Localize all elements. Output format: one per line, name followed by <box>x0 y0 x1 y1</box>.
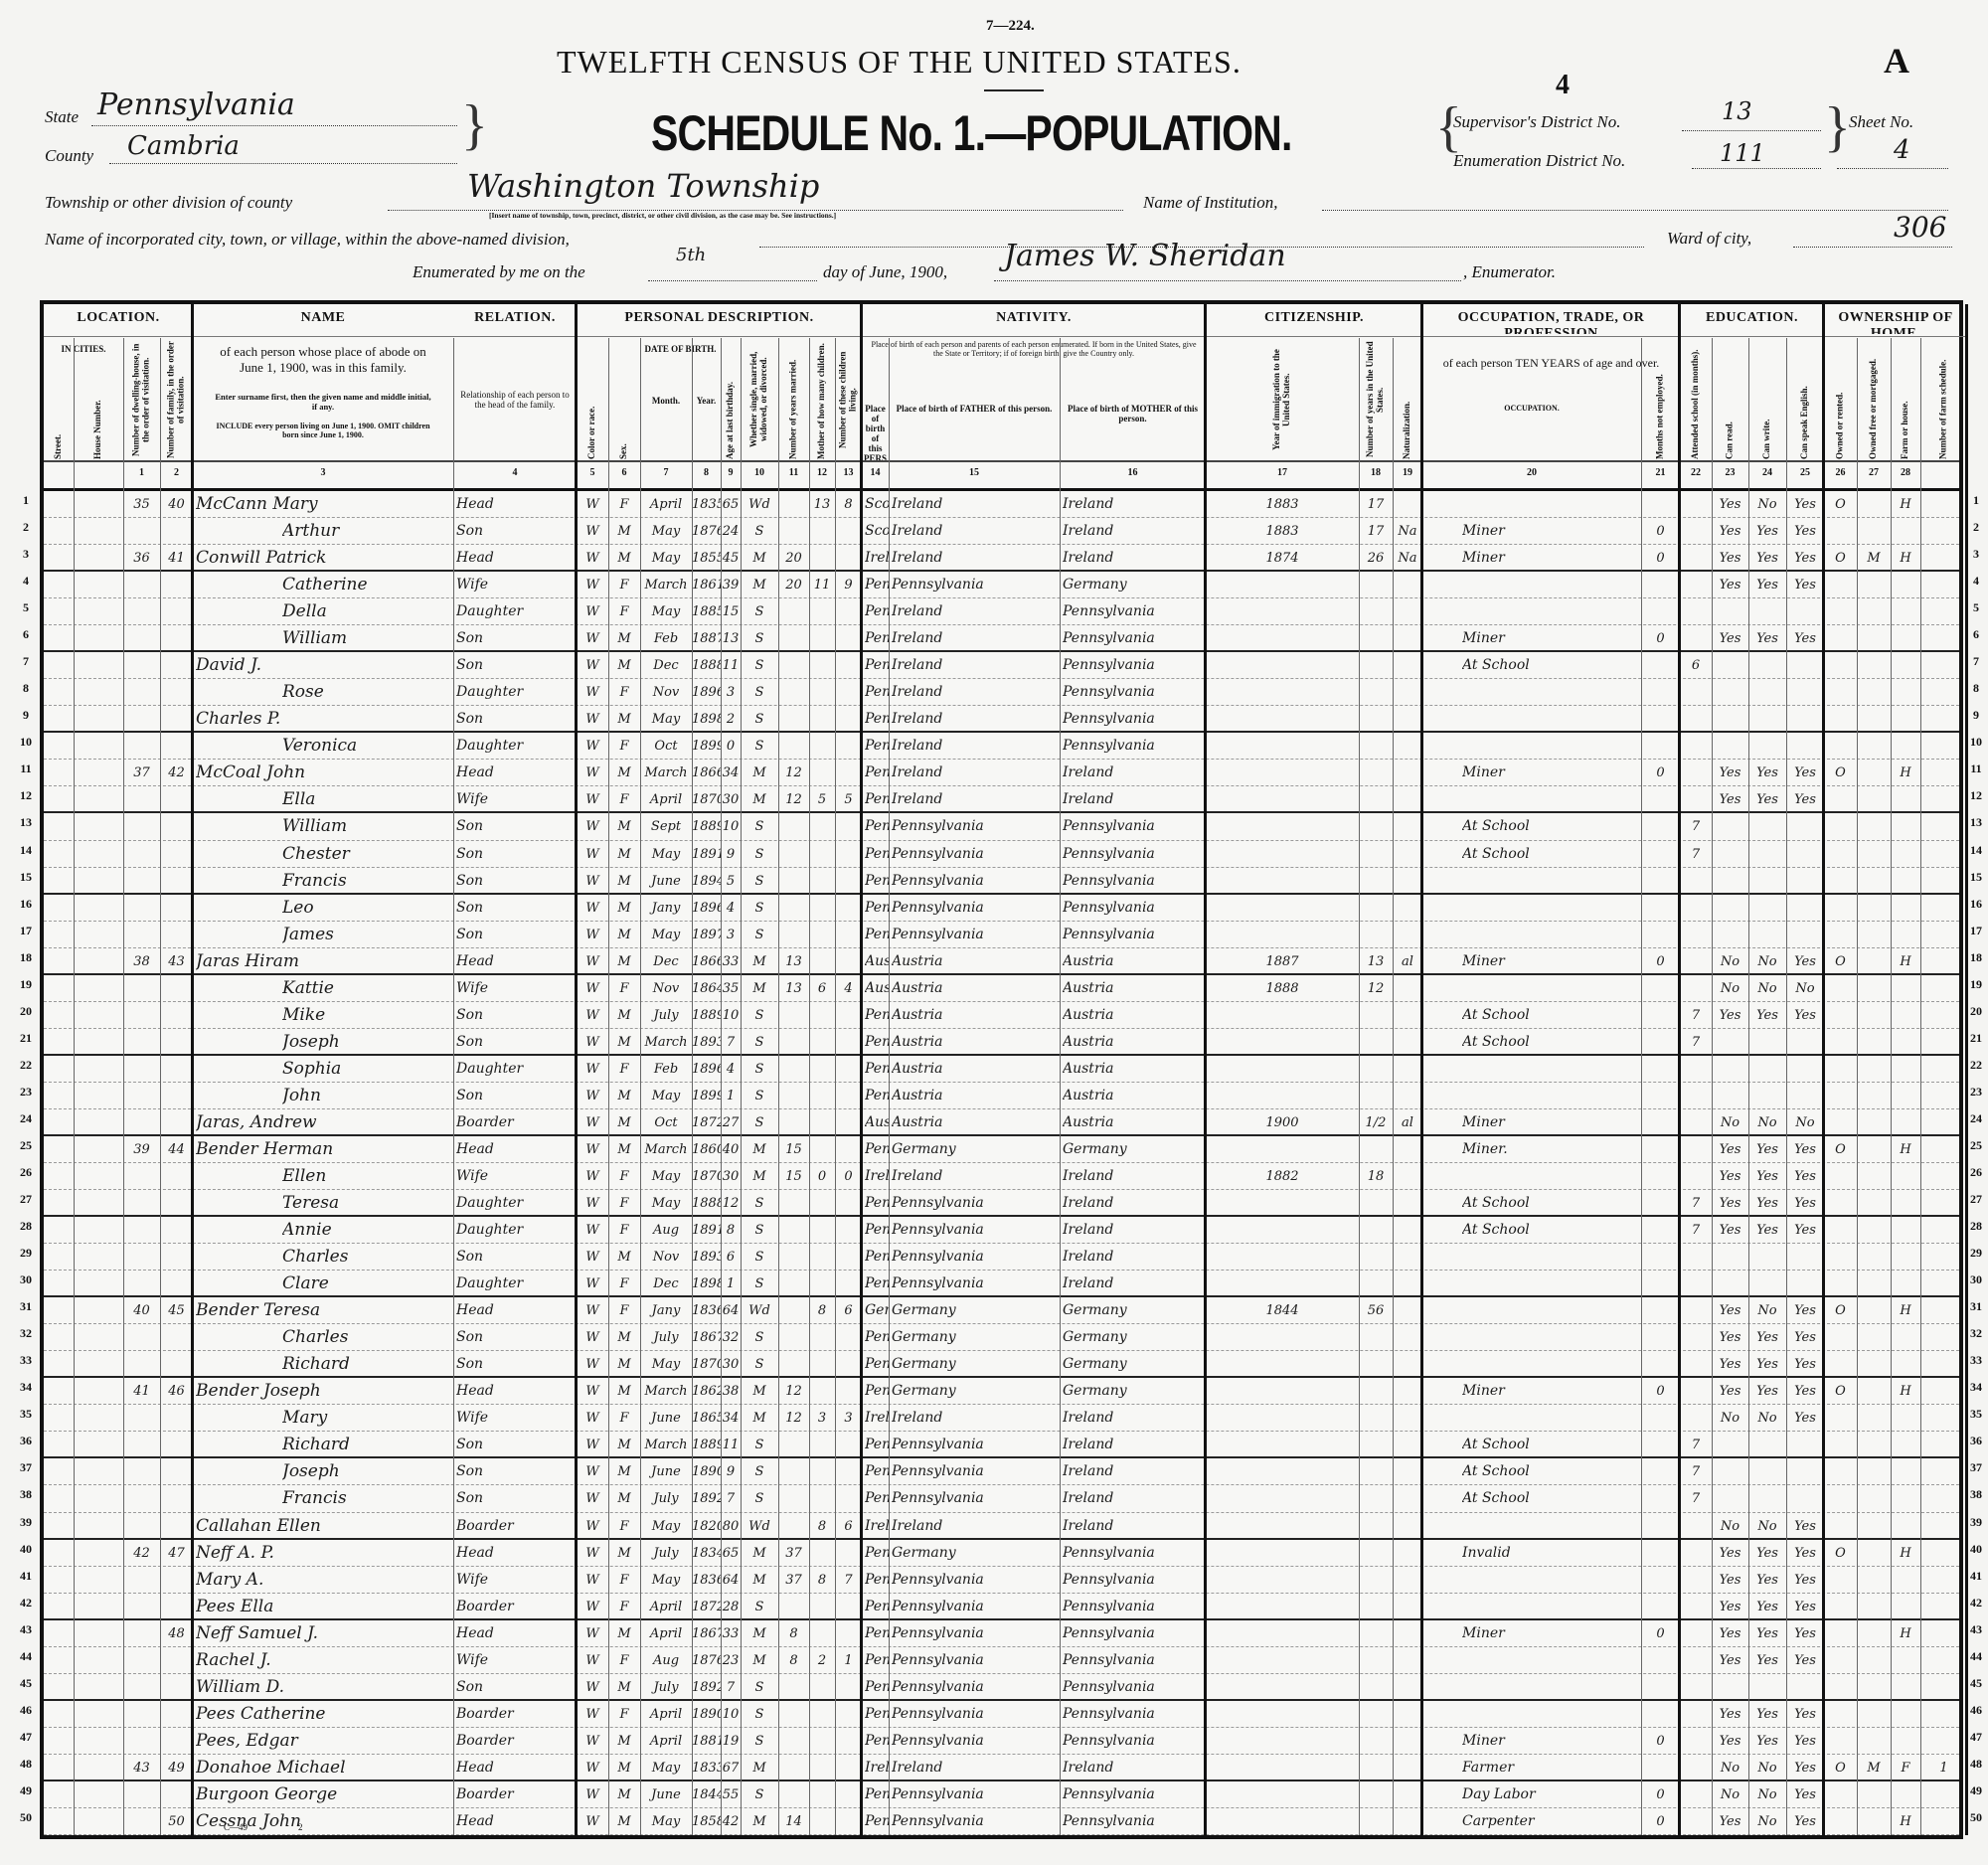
cell-occ[interactable] <box>1462 706 1641 731</box>
cell-fh[interactable]: H <box>1891 1620 1920 1646</box>
cell-mu[interactable] <box>1641 491 1680 517</box>
cell-mar[interactable]: S <box>741 1002 778 1028</box>
cell-mon[interactable]: March <box>640 1432 692 1456</box>
cell-fh[interactable] <box>1891 895 1920 921</box>
cell-rel[interactable]: Son <box>456 813 577 839</box>
cell-name[interactable]: Clare <box>282 1271 453 1295</box>
cell-dw[interactable] <box>123 868 160 893</box>
cell-ym[interactable] <box>778 1324 809 1350</box>
cell-dw[interactable] <box>123 1647 160 1673</box>
census-row[interactable]: CharlesSonWMJuly186732SPennsylvaniaGerma… <box>44 1324 1959 1351</box>
cell-liv[interactable]: 6 <box>835 1297 862 1323</box>
cell-mu[interactable] <box>1641 679 1680 705</box>
cell-nat[interactable] <box>1393 922 1422 947</box>
cell-age[interactable]: 3 <box>721 679 741 705</box>
cell-mar[interactable]: M <box>741 1647 778 1673</box>
cell-mon[interactable]: Dec <box>640 948 692 973</box>
cell-mu[interactable] <box>1641 1701 1680 1727</box>
cell-yus[interactable] <box>1359 1083 1393 1108</box>
cell-age[interactable]: 2 <box>721 706 741 731</box>
cell-fm[interactable] <box>1857 1109 1891 1134</box>
cell-mon[interactable]: May <box>640 598 692 624</box>
cell-ym[interactable] <box>778 1513 809 1538</box>
cell-liv[interactable]: 8 <box>835 491 862 517</box>
cell-sex[interactable]: F <box>608 733 640 759</box>
cell-mar[interactable]: M <box>741 760 778 785</box>
cell-yr[interactable]: 1861 <box>692 572 721 597</box>
cell-liv[interactable] <box>835 1271 862 1295</box>
cell-fam[interactable]: 43 <box>160 948 193 973</box>
cell-yus[interactable] <box>1359 598 1393 624</box>
cell-mar[interactable]: S <box>741 1056 778 1082</box>
cell-occ[interactable] <box>1462 922 1641 947</box>
cell-age[interactable]: 40 <box>721 1136 741 1162</box>
cell-nat[interactable] <box>1393 1781 1422 1807</box>
cell-liv[interactable]: 3 <box>835 1405 862 1431</box>
cell-name[interactable]: Burgoon George <box>196 1781 453 1807</box>
cell-fm[interactable] <box>1857 1567 1891 1593</box>
cell-mon[interactable]: April <box>640 786 692 811</box>
cell-imm[interactable] <box>1206 1755 1359 1780</box>
cell-moth[interactable] <box>809 1029 835 1054</box>
cell-bm[interactable]: Pennsylvania <box>1063 895 1206 921</box>
cell-color[interactable]: W <box>577 813 608 839</box>
cell-imm[interactable] <box>1206 1674 1359 1699</box>
cell-sex[interactable]: F <box>608 1647 640 1673</box>
cell-own[interactable] <box>1824 975 1857 1001</box>
cell-ym[interactable] <box>778 1485 809 1511</box>
cell-imm[interactable] <box>1206 1217 1359 1243</box>
cell-fm[interactable] <box>1857 1701 1891 1727</box>
cell-rd[interactable] <box>1712 1083 1748 1108</box>
cell-moth[interactable]: 13 <box>809 491 835 517</box>
cell-fh[interactable]: F <box>1891 1755 1920 1780</box>
cell-bf[interactable]: Pennsylvania <box>892 813 1060 839</box>
cell-occ[interactable] <box>1462 491 1641 517</box>
cell-sex[interactable]: M <box>608 1244 640 1270</box>
cell-name[interactable]: Mary <box>282 1405 453 1431</box>
cell-fam[interactable] <box>160 706 193 731</box>
cell-bp[interactable]: Germany <box>865 1297 889 1323</box>
cell-sex[interactable]: M <box>608 1808 640 1834</box>
cell-rd[interactable] <box>1712 1244 1748 1270</box>
cell-rd[interactable] <box>1712 1458 1748 1484</box>
cell-liv[interactable] <box>835 922 862 947</box>
cell-ym[interactable] <box>778 1029 809 1054</box>
cell-rel[interactable]: Son <box>456 1351 577 1376</box>
cell-name[interactable]: Chester <box>282 841 453 867</box>
cell-mon[interactable]: July <box>640 1002 692 1028</box>
cell-sex[interactable]: F <box>608 1567 640 1593</box>
census-row[interactable]: KattieWifeWFNov186435M1364AustriaAustria… <box>44 975 1959 1002</box>
cell-bf[interactable]: Ireland <box>892 1513 1060 1538</box>
cell-yus[interactable] <box>1359 1701 1393 1727</box>
cell-rel[interactable]: Head <box>456 545 577 570</box>
cell-rel[interactable]: Boarder <box>456 1701 577 1727</box>
cell-fs[interactable] <box>1920 786 1967 811</box>
cell-mon[interactable]: April <box>640 1701 692 1727</box>
cell-own[interactable]: O <box>1824 948 1857 973</box>
cell-sch[interactable]: 7 <box>1680 1432 1712 1456</box>
cell-dw[interactable] <box>123 1324 160 1350</box>
cell-sex[interactable]: M <box>608 1002 640 1028</box>
cell-bm[interactable]: Ireland <box>1063 1432 1206 1456</box>
cell-liv[interactable] <box>835 1056 862 1082</box>
cell-bm[interactable]: Ireland <box>1063 491 1206 517</box>
cell-liv[interactable]: 1 <box>835 1647 862 1673</box>
cell-name[interactable]: Ella <box>282 786 453 811</box>
cell-occ[interactable] <box>1462 733 1641 759</box>
cell-bf[interactable]: Pennsylvania <box>892 1620 1060 1646</box>
cell-ym[interactable] <box>778 841 809 867</box>
cell-fs[interactable] <box>1920 572 1967 597</box>
cell-imm[interactable] <box>1206 1244 1359 1270</box>
cell-rd[interactable]: Yes <box>1712 1163 1748 1189</box>
cell-mu[interactable] <box>1641 1540 1680 1566</box>
census-row[interactable]: JohnSonWMMay18991SPennsylvaniaAustriaAus… <box>44 1083 1959 1109</box>
cell-sch[interactable] <box>1680 1136 1712 1162</box>
ward-value[interactable]: 306 <box>1894 211 1946 244</box>
cell-nat[interactable] <box>1393 1083 1422 1108</box>
cell-bf[interactable]: Pennsylvania <box>892 1458 1060 1484</box>
cell-liv[interactable] <box>835 1351 862 1376</box>
cell-fam[interactable]: 40 <box>160 491 193 517</box>
cell-nat[interactable] <box>1393 598 1422 624</box>
cell-fh[interactable] <box>1891 1244 1920 1270</box>
census-row[interactable]: Mary A.WifeWFMay183664M3787PennsylvaniaP… <box>44 1567 1959 1594</box>
cell-fm[interactable] <box>1857 1513 1891 1538</box>
cell-occ[interactable]: Miner <box>1462 1728 1641 1754</box>
cell-bm[interactable]: Ireland <box>1063 1163 1206 1189</box>
cell-sex[interactable]: M <box>608 760 640 785</box>
cell-fam[interactable] <box>160 1567 193 1593</box>
cell-fs[interactable] <box>1920 1378 1967 1404</box>
cell-fs[interactable] <box>1920 518 1967 544</box>
cell-liv[interactable] <box>835 518 862 544</box>
cell-own[interactable] <box>1824 1620 1857 1646</box>
cell-nat[interactable] <box>1393 1808 1422 1834</box>
cell-fs[interactable] <box>1920 1324 1967 1350</box>
cell-mon[interactable]: June <box>640 1405 692 1431</box>
cell-bm[interactable]: Pennsylvania <box>1063 733 1206 759</box>
cell-mon[interactable]: Aug <box>640 1217 692 1243</box>
cell-mon[interactable]: Nov <box>640 1244 692 1270</box>
cell-bp[interactable]: Pennsylvania <box>865 1674 889 1699</box>
cell-yr[interactable]: 1889 <box>692 1432 721 1456</box>
cell-dw[interactable] <box>123 786 160 811</box>
cell-yr[interactable]: 1820 <box>692 1513 721 1538</box>
cell-imm[interactable] <box>1206 786 1359 811</box>
cell-age[interactable]: 7 <box>721 1485 741 1511</box>
cell-ym[interactable] <box>778 922 809 947</box>
cell-bf[interactable]: Germany <box>892 1324 1060 1350</box>
cell-bf[interactable]: Pennsylvania <box>892 895 1060 921</box>
cell-name[interactable]: Mary A. <box>196 1567 453 1593</box>
cell-mon[interactable]: March <box>640 1378 692 1404</box>
cell-liv[interactable] <box>835 598 862 624</box>
cell-moth[interactable] <box>809 1324 835 1350</box>
cell-age[interactable]: 67 <box>721 1755 741 1780</box>
cell-mar[interactable]: S <box>741 1271 778 1295</box>
cell-occ[interactable] <box>1462 1674 1641 1699</box>
cell-rel[interactable]: Wife <box>456 1163 577 1189</box>
cell-yr[interactable]: 1893 <box>692 1244 721 1270</box>
cell-sex[interactable]: F <box>608 1405 640 1431</box>
cell-color[interactable]: W <box>577 1513 608 1538</box>
cell-occ[interactable]: Miner <box>1462 948 1641 973</box>
cell-rd[interactable]: Yes <box>1712 1540 1748 1566</box>
cell-ym[interactable] <box>778 1701 809 1727</box>
cell-bp[interactable]: Pennsylvania <box>865 1002 889 1028</box>
cell-sch[interactable] <box>1680 1163 1712 1189</box>
cell-fam[interactable]: 47 <box>160 1540 193 1566</box>
cell-mu[interactable] <box>1641 868 1680 893</box>
cell-name[interactable]: Mike <box>282 1002 453 1028</box>
cell-color[interactable]: W <box>577 1324 608 1350</box>
cell-mar[interactable]: S <box>741 518 778 544</box>
cell-fam[interactable] <box>160 1029 193 1054</box>
cell-mu[interactable]: 0 <box>1641 1378 1680 1404</box>
cell-rd[interactable]: No <box>1712 1781 1748 1807</box>
cell-nat[interactable] <box>1393 1351 1422 1376</box>
cell-occ[interactable] <box>1462 1083 1641 1108</box>
census-row[interactable]: Burgoon GeorgeBoarderWMJune184455SPennsy… <box>44 1781 1959 1808</box>
cell-dw[interactable]: 38 <box>123 948 160 973</box>
cell-bf[interactable]: Pennsylvania <box>892 1485 1060 1511</box>
cell-fh[interactable] <box>1891 1002 1920 1028</box>
cell-color[interactable]: W <box>577 1755 608 1780</box>
cell-own[interactable] <box>1824 895 1857 921</box>
cell-age[interactable]: 32 <box>721 1324 741 1350</box>
cell-mar[interactable]: S <box>741 1190 778 1215</box>
cell-bf[interactable]: Ireland <box>892 491 1060 517</box>
cell-rd[interactable] <box>1712 1271 1748 1295</box>
cell-mon[interactable]: May <box>640 1755 692 1780</box>
cell-moth[interactable] <box>809 868 835 893</box>
cell-dw[interactable]: 42 <box>123 1540 160 1566</box>
cell-mu[interactable] <box>1641 598 1680 624</box>
cell-ym[interactable] <box>778 491 809 517</box>
cell-name[interactable]: Charles P. <box>196 706 453 731</box>
cell-sp[interactable] <box>1786 1674 1824 1699</box>
cell-bm[interactable]: Austria <box>1063 1056 1206 1082</box>
cell-fs[interactable] <box>1920 1513 1967 1538</box>
cell-sp[interactable]: Yes <box>1786 1808 1824 1834</box>
cell-name[interactable]: Veronica <box>282 733 453 759</box>
cell-bm[interactable]: Ireland <box>1063 1217 1206 1243</box>
cell-bf[interactable]: Pennsylvania <box>892 1567 1060 1593</box>
cell-occ[interactable]: Miner <box>1462 1109 1641 1134</box>
cell-sch[interactable] <box>1680 706 1712 731</box>
cell-mon[interactable]: May <box>640 922 692 947</box>
cell-ym[interactable] <box>778 1755 809 1780</box>
cell-sex[interactable]: M <box>608 895 640 921</box>
cell-rel[interactable]: Son <box>456 518 577 544</box>
cell-ym[interactable]: 12 <box>778 786 809 811</box>
cell-age[interactable]: 80 <box>721 1513 741 1538</box>
cell-age[interactable]: 12 <box>721 1190 741 1215</box>
cell-ym[interactable] <box>778 625 809 650</box>
cell-yus[interactable] <box>1359 1674 1393 1699</box>
cell-mar[interactable]: S <box>741 868 778 893</box>
cell-sch[interactable]: 7 <box>1680 1458 1712 1484</box>
cell-age[interactable]: 64 <box>721 1567 741 1593</box>
cell-ym[interactable]: 8 <box>778 1620 809 1646</box>
cell-nat[interactable] <box>1393 1002 1422 1028</box>
cell-dw[interactable] <box>123 1485 160 1511</box>
cell-fam[interactable] <box>160 1701 193 1727</box>
cell-nat[interactable] <box>1393 1567 1422 1593</box>
cell-nat[interactable] <box>1393 733 1422 759</box>
cell-occ[interactable]: At School <box>1462 1217 1641 1243</box>
cell-mar[interactable]: S <box>741 1109 778 1134</box>
cell-dw[interactable] <box>123 1620 160 1646</box>
cell-fs[interactable] <box>1920 679 1967 705</box>
cell-fm[interactable] <box>1857 1056 1891 1082</box>
cell-fm[interactable] <box>1857 1432 1891 1456</box>
cell-sp[interactable] <box>1786 1271 1824 1295</box>
cell-ym[interactable]: 37 <box>778 1567 809 1593</box>
cell-wr[interactable] <box>1748 1674 1786 1699</box>
cell-bm[interactable]: Ireland <box>1063 1405 1206 1431</box>
cell-fam[interactable] <box>160 895 193 921</box>
cell-mon[interactable]: Jany <box>640 895 692 921</box>
cell-fam[interactable] <box>160 1728 193 1754</box>
cell-name[interactable]: Neff A. P. <box>196 1540 453 1566</box>
census-row[interactable]: David J.SonWMDec188811SPennsylvaniaIrela… <box>44 652 1959 679</box>
cell-nat[interactable] <box>1393 895 1422 921</box>
cell-own[interactable] <box>1824 1405 1857 1431</box>
cell-own[interactable] <box>1824 1513 1857 1538</box>
cell-rd[interactable] <box>1712 1056 1748 1082</box>
cell-sch[interactable] <box>1680 1808 1712 1834</box>
cell-bm[interactable]: Ireland <box>1063 1755 1206 1780</box>
cell-ym[interactable] <box>778 1297 809 1323</box>
cell-fam[interactable] <box>160 1271 193 1295</box>
cell-wr[interactable]: Yes <box>1748 1136 1786 1162</box>
cell-nat[interactable] <box>1393 652 1422 678</box>
cell-fs[interactable] <box>1920 841 1967 867</box>
census-row[interactable]: 3742McCoal JohnHeadWMMarch186634M12Penns… <box>44 760 1959 786</box>
cell-sch[interactable] <box>1680 1594 1712 1618</box>
cell-ym[interactable] <box>778 1244 809 1270</box>
cell-wr[interactable] <box>1748 922 1786 947</box>
cell-bf[interactable]: Austria <box>892 1083 1060 1108</box>
cell-dw[interactable] <box>123 679 160 705</box>
cell-nat[interactable] <box>1393 625 1422 650</box>
cell-name[interactable]: Richard <box>282 1432 453 1456</box>
cell-fm[interactable] <box>1857 1297 1891 1323</box>
cell-sex[interactable]: M <box>608 1728 640 1754</box>
cell-fs[interactable] <box>1920 1351 1967 1376</box>
cell-nat[interactable] <box>1393 1163 1422 1189</box>
cell-fam[interactable] <box>160 1244 193 1270</box>
cell-rel[interactable]: Daughter <box>456 1271 577 1295</box>
cell-bp[interactable]: Pennsylvania <box>865 760 889 785</box>
cell-fh[interactable] <box>1891 652 1920 678</box>
cell-dw[interactable] <box>123 1351 160 1376</box>
cell-sch[interactable] <box>1680 1540 1712 1566</box>
cell-mar[interactable]: S <box>741 1485 778 1511</box>
cell-moth[interactable] <box>809 1701 835 1727</box>
cell-dw[interactable] <box>123 572 160 597</box>
cell-sex[interactable]: M <box>608 841 640 867</box>
cell-moth[interactable] <box>809 706 835 731</box>
cell-rel[interactable]: Son <box>456 652 577 678</box>
cell-moth[interactable] <box>809 1136 835 1162</box>
cell-mon[interactable]: April <box>640 1728 692 1754</box>
cell-liv[interactable] <box>835 1620 862 1646</box>
cell-bp[interactable]: Pennsylvania <box>865 1378 889 1404</box>
cell-sex[interactable]: M <box>608 1674 640 1699</box>
state-value[interactable]: Pennsylvania <box>97 87 295 122</box>
cell-fm[interactable] <box>1857 1163 1891 1189</box>
cell-mon[interactable]: Sept <box>640 813 692 839</box>
cell-fam[interactable] <box>160 518 193 544</box>
cell-name[interactable]: Joseph <box>282 1029 453 1054</box>
cell-fm[interactable] <box>1857 1458 1891 1484</box>
cell-dw[interactable]: 43 <box>123 1755 160 1780</box>
census-row[interactable]: EllenWifeWFMay187030M1500IrelandIrelandI… <box>44 1163 1959 1190</box>
cell-mon[interactable]: May <box>640 1190 692 1215</box>
census-row[interactable]: JamesSonWMMay18973SPennsylvaniaPennsylva… <box>44 922 1959 948</box>
cell-yr[interactable]: 1888 <box>692 652 721 678</box>
census-row[interactable]: Pees EllaBoarderWFApril187228SPennsylvan… <box>44 1594 1959 1620</box>
cell-moth[interactable] <box>809 1755 835 1780</box>
cell-sch[interactable] <box>1680 1701 1712 1727</box>
census-row[interactable]: 4045Bender TeresaHeadWFJany183664Wd86Ger… <box>44 1297 1959 1324</box>
cell-fm[interactable] <box>1857 1405 1891 1431</box>
cell-ym[interactable] <box>778 1351 809 1376</box>
cell-ym[interactable] <box>778 1781 809 1807</box>
cell-imm[interactable] <box>1206 1513 1359 1538</box>
cell-bp[interactable]: Pennsylvania <box>865 733 889 759</box>
cell-imm[interactable] <box>1206 1620 1359 1646</box>
cell-sex[interactable]: F <box>608 1701 640 1727</box>
cell-bp[interactable]: Ireland <box>865 1513 889 1538</box>
cell-wr[interactable]: Yes <box>1748 760 1786 785</box>
cell-mon[interactable]: Jany <box>640 1297 692 1323</box>
cell-occ[interactable]: At School <box>1462 652 1641 678</box>
cell-rel[interactable]: Son <box>456 1674 577 1699</box>
cell-yr[interactable]: 1889 <box>692 1002 721 1028</box>
cell-age[interactable]: 28 <box>721 1594 741 1618</box>
cell-liv[interactable] <box>835 1190 862 1215</box>
census-row[interactable]: WilliamSonWMFeb188713SPennsylvaniaIrelan… <box>44 625 1959 652</box>
cell-sch[interactable] <box>1680 679 1712 705</box>
cell-yr[interactable]: 1876 <box>692 518 721 544</box>
cell-sch[interactable]: 6 <box>1680 652 1712 678</box>
cell-wr[interactable]: Yes <box>1748 1378 1786 1404</box>
cell-sch[interactable] <box>1680 1271 1712 1295</box>
cell-mu[interactable] <box>1641 786 1680 811</box>
cell-mar[interactable]: S <box>741 1029 778 1054</box>
cell-bm[interactable]: Austria <box>1063 1029 1206 1054</box>
cell-liv[interactable] <box>835 868 862 893</box>
cell-yr[interactable]: 1899 <box>692 1083 721 1108</box>
cell-fam[interactable] <box>160 1432 193 1456</box>
cell-name[interactable]: Donahoe Michael <box>196 1755 453 1780</box>
cell-bp[interactable]: Pennsylvania <box>865 1540 889 1566</box>
cell-color[interactable]: W <box>577 948 608 973</box>
cell-fh[interactable] <box>1891 1701 1920 1727</box>
cell-sch[interactable] <box>1680 1567 1712 1593</box>
cell-fs[interactable] <box>1920 1029 1967 1054</box>
cell-fm[interactable] <box>1857 1378 1891 1404</box>
cell-dw[interactable]: 39 <box>123 1136 160 1162</box>
cell-yus[interactable] <box>1359 1002 1393 1028</box>
cell-sp[interactable] <box>1786 1244 1824 1270</box>
